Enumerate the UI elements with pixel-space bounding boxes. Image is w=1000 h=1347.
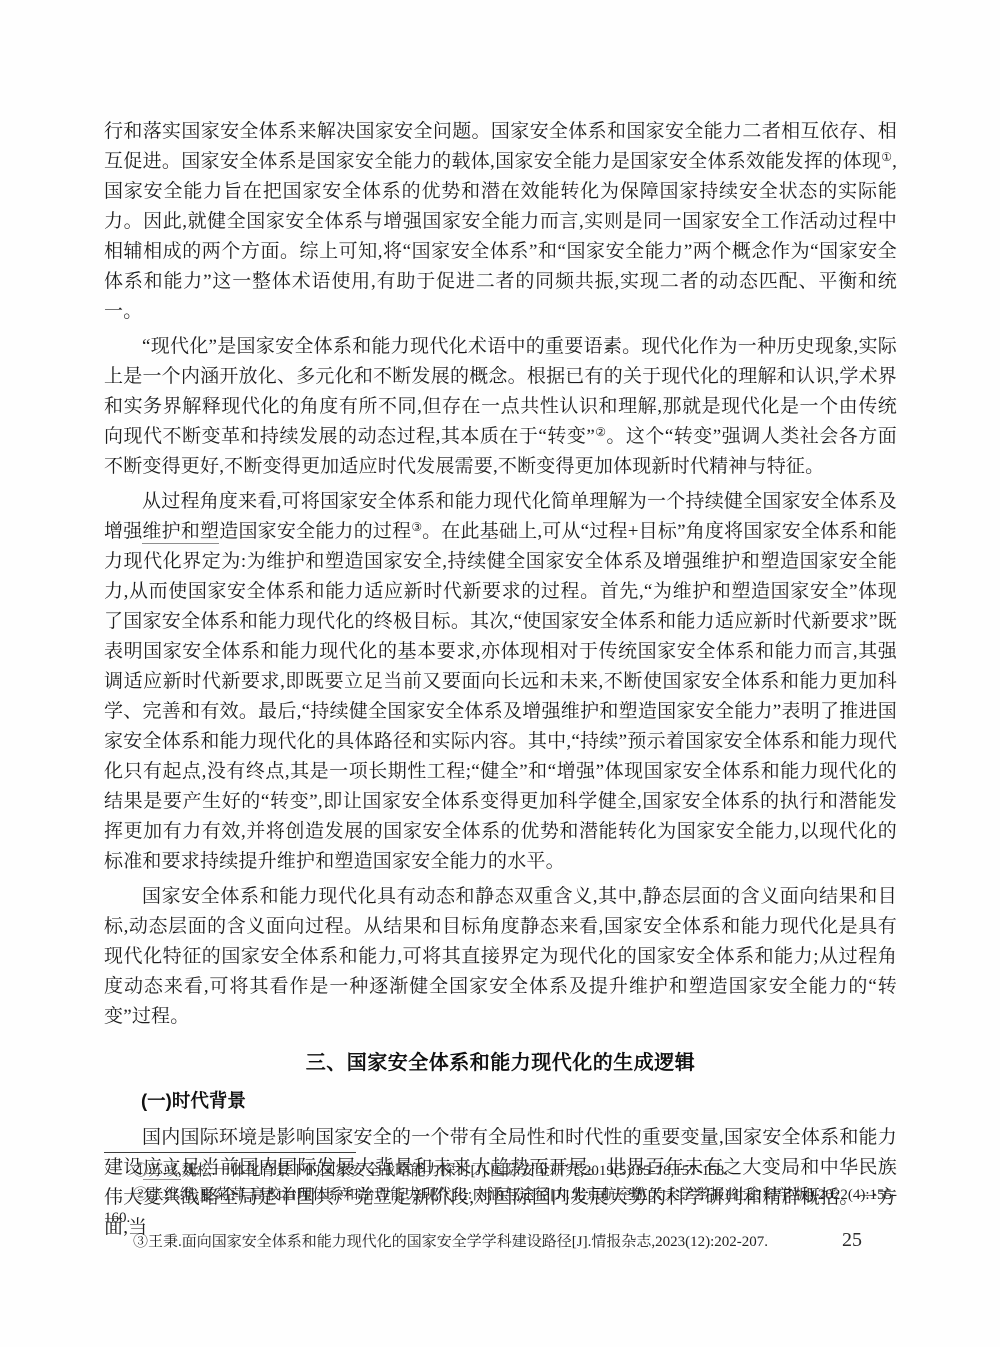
text-run: 。在此基础上,可从“过程+目标”角度将国家安全体系和能力现代化界定为:为维护和塑… xyxy=(104,521,897,872)
footnote-reference-mark: ③ xyxy=(411,520,422,534)
text-run: 造国家安全能力的过程 xyxy=(219,521,411,542)
footnote: ③王秉.面向国家安全体系和能力现代化的国家安全学学科建设路径[J].情报杂志,2… xyxy=(104,1231,897,1255)
paragraph: 从过程角度来看,可将国家安全体系和能力现代化简单理解为一个持续健全国家安全体系及… xyxy=(104,487,897,877)
underlined-text-run: 维护和塑 xyxy=(142,521,219,544)
text-run: 国家安全体系和能力现代化具有动态和静态双重含义,其中,静态层面的含义面向结果和目… xyxy=(104,886,897,1027)
footnote-list: ①苏彧,魏松.一体化背景下的国家安全战略能力探讨[J].国际安全研究,2019(… xyxy=(104,1160,897,1254)
body-paragraphs-top: 行和落实国家安全体系来解决国家安全问题。国家安全体系和国家安全能力二者相互依存、… xyxy=(104,117,897,1032)
paragraph: 行和落实国家安全体系来解决国家安全问题。国家安全体系和国家安全能力二者相互依存、… xyxy=(104,117,897,327)
footnote: ①苏彧,魏松.一体化背景下的国家安全战略能力探讨[J].国际安全研究,2019(… xyxy=(104,1160,897,1184)
paragraph: 国家安全体系和能力现代化具有动态和静态双重含义,其中,静态层面的含义面向结果和目… xyxy=(104,882,897,1032)
paragraph: “现代化”是国家安全体系和能力现代化术语中的重要语素。现代化作为一种历史现象,实… xyxy=(104,332,897,482)
journal-page: 行和落实国家安全体系来解决国家安全问题。国家安全体系和国家安全能力二者相互依存、… xyxy=(0,0,1000,1347)
section-heading: 三、国家安全体系和能力现代化的生成逻辑 xyxy=(104,1049,897,1077)
footnote-reference-mark: ② xyxy=(595,425,606,439)
footnote-separator-rule xyxy=(104,1152,356,1153)
footnote-reference-mark: ① xyxy=(881,150,892,164)
text-column: 行和落实国家安全体系来解决国家安全问题。国家安全体系和国家安全能力二者相互依存、… xyxy=(104,117,897,1248)
subsection-heading: (一)时代背景 xyxy=(104,1086,897,1116)
text-run: ,国家安全能力旨在把国家安全体系的优势和潜在效能转化为保障国家持续安全状态的实际… xyxy=(104,151,897,322)
text-run: 行和落实国家安全体系来解决国家安全问题。国家安全体系和国家安全能力二者相互依存、… xyxy=(104,121,897,172)
page-number: 25 xyxy=(842,1229,862,1252)
footnote-area: ①苏彧,魏松.一体化背景下的国家安全战略能力探讨[J].国际安全研究,2019(… xyxy=(104,1152,897,1254)
footnote: ②张维维,夏菊萍.高校治理体系和治理能力现代化:内涵与途径[J].北京航空航天大… xyxy=(104,1184,897,1231)
